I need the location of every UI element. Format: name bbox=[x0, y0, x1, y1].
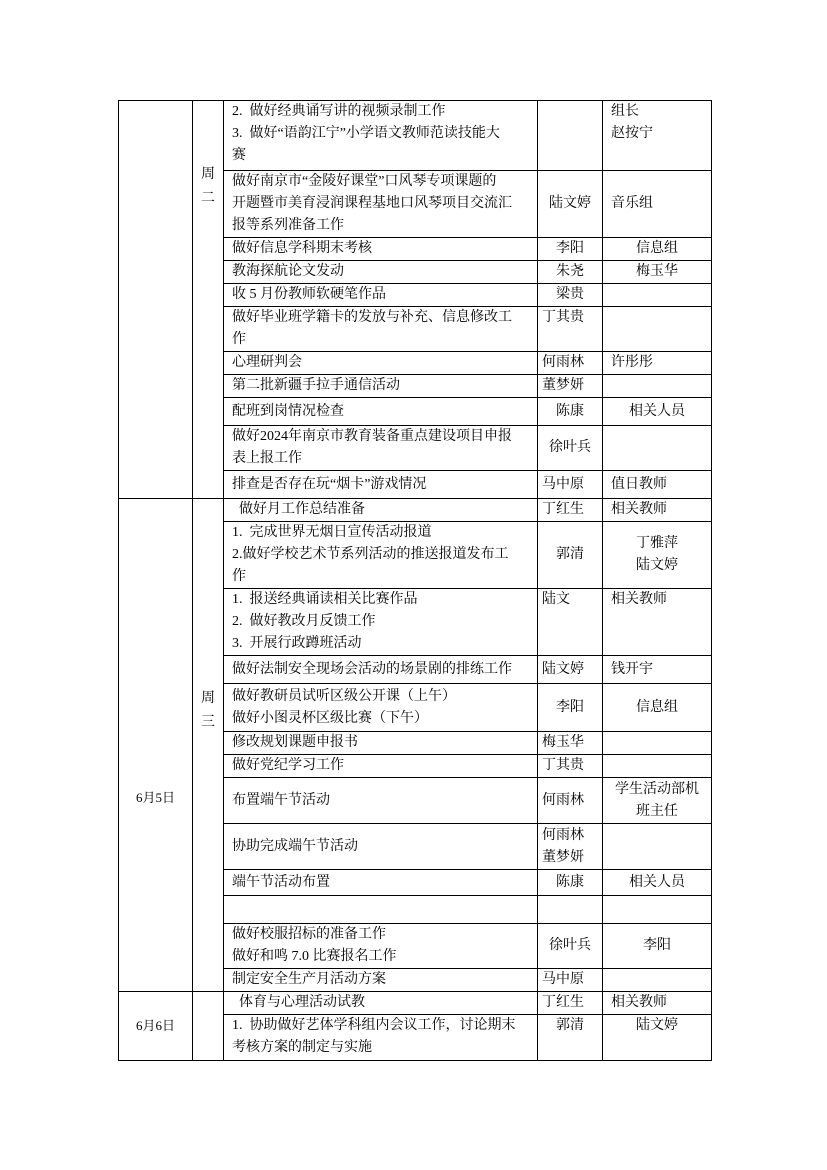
related-cell: 信息组 bbox=[603, 684, 712, 732]
task-cell: 制定安全生产月活动方案 bbox=[224, 969, 538, 992]
task-cell: 体育与心理活动试教 bbox=[224, 992, 538, 1015]
weekday-cell bbox=[193, 992, 224, 1061]
weekday-cell: 周二 bbox=[193, 101, 224, 499]
person-cell: 丁其贵 bbox=[538, 755, 603, 778]
related-cell: 丁雅萍 陆文婷 bbox=[603, 522, 712, 589]
task-cell: 布置端午节活动 bbox=[224, 778, 538, 824]
related-cell bbox=[603, 896, 712, 924]
related-cell: 值日教师 bbox=[603, 471, 712, 499]
related-cell bbox=[603, 375, 712, 398]
related-cell bbox=[603, 426, 712, 471]
task-cell: 1. 协助做好艺体学科组内会议工作，讨论期末 考核方案的制定与实施 bbox=[224, 1015, 538, 1061]
person-cell: 何雨林 bbox=[538, 778, 603, 824]
related-cell: 钱开宇 bbox=[603, 656, 712, 684]
person-cell: 徐叶兵 bbox=[538, 426, 603, 471]
related-cell bbox=[603, 755, 712, 778]
task-cell: 协助完成端午节活动 bbox=[224, 824, 538, 870]
related-cell: 许彤彤 bbox=[603, 352, 712, 375]
task-cell: 端午节活动布置 bbox=[224, 870, 538, 896]
related-cell: 组长 赵按宁 bbox=[603, 101, 712, 171]
schedule-table: 周二 2. 做好经典诵写讲的视频录制工作 3. 做好“语韵江宁”小学语文教师范读… bbox=[118, 100, 712, 1061]
task-cell: 排查是否存在玩“烟卡”游戏情况 bbox=[224, 471, 538, 499]
related-cell: 音乐组 bbox=[603, 171, 712, 238]
related-cell bbox=[603, 824, 712, 870]
related-cell bbox=[603, 284, 712, 307]
person-cell: 徐叶兵 bbox=[538, 924, 603, 969]
person-cell bbox=[538, 896, 603, 924]
person-cell: 丁其贵 bbox=[538, 307, 603, 352]
task-cell: 做好教研员试听区级公开课（上午） 做好小图灵杯区级比赛（下午） bbox=[224, 684, 538, 732]
related-cell: 相关人员 bbox=[603, 398, 712, 426]
task-cell bbox=[224, 896, 538, 924]
task-cell: 做好信息学科期末考核 bbox=[224, 238, 538, 261]
person-cell: 何雨林 bbox=[538, 352, 603, 375]
person-cell: 李阳 bbox=[538, 684, 603, 732]
related-cell bbox=[603, 732, 712, 755]
document-page: { "page": { "background": "#ffffff", "te… bbox=[0, 0, 827, 1170]
related-cell: 相关教师 bbox=[603, 589, 712, 656]
task-cell: 1. 完成世界无烟日宣传活动报道 2.做好学校艺术节系列活动的推送报道发布工 作 bbox=[224, 522, 538, 589]
related-cell bbox=[603, 969, 712, 992]
related-cell: 梅玉华 bbox=[603, 261, 712, 284]
related-cell: 相关教师 bbox=[603, 992, 712, 1015]
task-cell: 修改规划课题申报书 bbox=[224, 732, 538, 755]
person-cell: 郭清 bbox=[538, 1015, 603, 1061]
person-cell: 丁红生 bbox=[538, 499, 603, 522]
person-cell: 陈康 bbox=[538, 870, 603, 896]
date-cell: 6月6日 bbox=[119, 992, 193, 1061]
task-cell: 第二批新疆手拉手通信活动 bbox=[224, 375, 538, 398]
table-row: 周二 2. 做好经典诵写讲的视频录制工作 3. 做好“语韵江宁”小学语文教师范读… bbox=[119, 101, 712, 171]
person-cell: 马中原 bbox=[538, 969, 603, 992]
person-cell: 郭清 bbox=[538, 522, 603, 589]
task-cell: 心理研判会 bbox=[224, 352, 538, 375]
task-cell: 做好2024年南京市教育装备重点建设项目申报 表上报工作 bbox=[224, 426, 538, 471]
person-cell: 丁红生 bbox=[538, 992, 603, 1015]
person-cell bbox=[538, 101, 603, 171]
related-cell: 李阳 bbox=[603, 924, 712, 969]
task-cell: 做好南京市“金陵好课堂”口风琴专项课题的 开题暨市美育浸润课程基地口风琴项目交流… bbox=[224, 171, 538, 238]
date-cell: 6月5日 bbox=[119, 499, 193, 992]
task-cell: 教海探航论文发动 bbox=[224, 261, 538, 284]
related-cell: 学生活动部机 班主任 bbox=[603, 778, 712, 824]
table-row: 6月5日 周三 做好月工作总结准备 丁红生 相关教师 bbox=[119, 499, 712, 522]
person-cell: 朱尧 bbox=[538, 261, 603, 284]
task-cell: 做好党纪学习工作 bbox=[224, 755, 538, 778]
task-cell: 做好法制安全现场会活动的场景剧的排练工作 bbox=[224, 656, 538, 684]
related-cell: 相关人员 bbox=[603, 870, 712, 896]
person-cell: 陆文婷 bbox=[538, 656, 603, 684]
weekday-cell: 周三 bbox=[193, 499, 224, 992]
person-cell: 董梦妍 bbox=[538, 375, 603, 398]
task-cell: 做好毕业班学籍卡的发放与补充、信息修改工 作 bbox=[224, 307, 538, 352]
person-cell: 陈康 bbox=[538, 398, 603, 426]
person-cell: 马中原 bbox=[538, 471, 603, 499]
task-cell: 做好月工作总结准备 bbox=[224, 499, 538, 522]
person-cell: 梁贵 bbox=[538, 284, 603, 307]
related-cell: 相关教师 bbox=[603, 499, 712, 522]
task-cell: 做好校服招标的准备工作 做好和鸣 7.0 比赛报名工作 bbox=[224, 924, 538, 969]
task-cell: 2. 做好经典诵写讲的视频录制工作 3. 做好“语韵江宁”小学语文教师范读技能大… bbox=[224, 101, 538, 171]
person-cell: 梅玉华 bbox=[538, 732, 603, 755]
related-cell bbox=[603, 307, 712, 352]
person-cell: 何雨林 董梦妍 bbox=[538, 824, 603, 870]
task-cell: 配班到岗情况检查 bbox=[224, 398, 538, 426]
task-cell: 1. 报送经典诵读相关比赛作品 2. 做好教改月反馈工作 3. 开展行政蹲班活动 bbox=[224, 589, 538, 656]
person-cell: 李阳 bbox=[538, 238, 603, 261]
table-row: 6月6日 体育与心理活动试教 丁红生 相关教师 bbox=[119, 992, 712, 1015]
person-cell: 陆文婷 bbox=[538, 171, 603, 238]
related-cell: 陆文婷 bbox=[603, 1015, 712, 1061]
related-cell: 信息组 bbox=[603, 238, 712, 261]
date-cell bbox=[119, 101, 193, 499]
person-cell: 陆文 bbox=[538, 589, 603, 656]
task-cell: 收 5 月份教师软硬笔作品 bbox=[224, 284, 538, 307]
